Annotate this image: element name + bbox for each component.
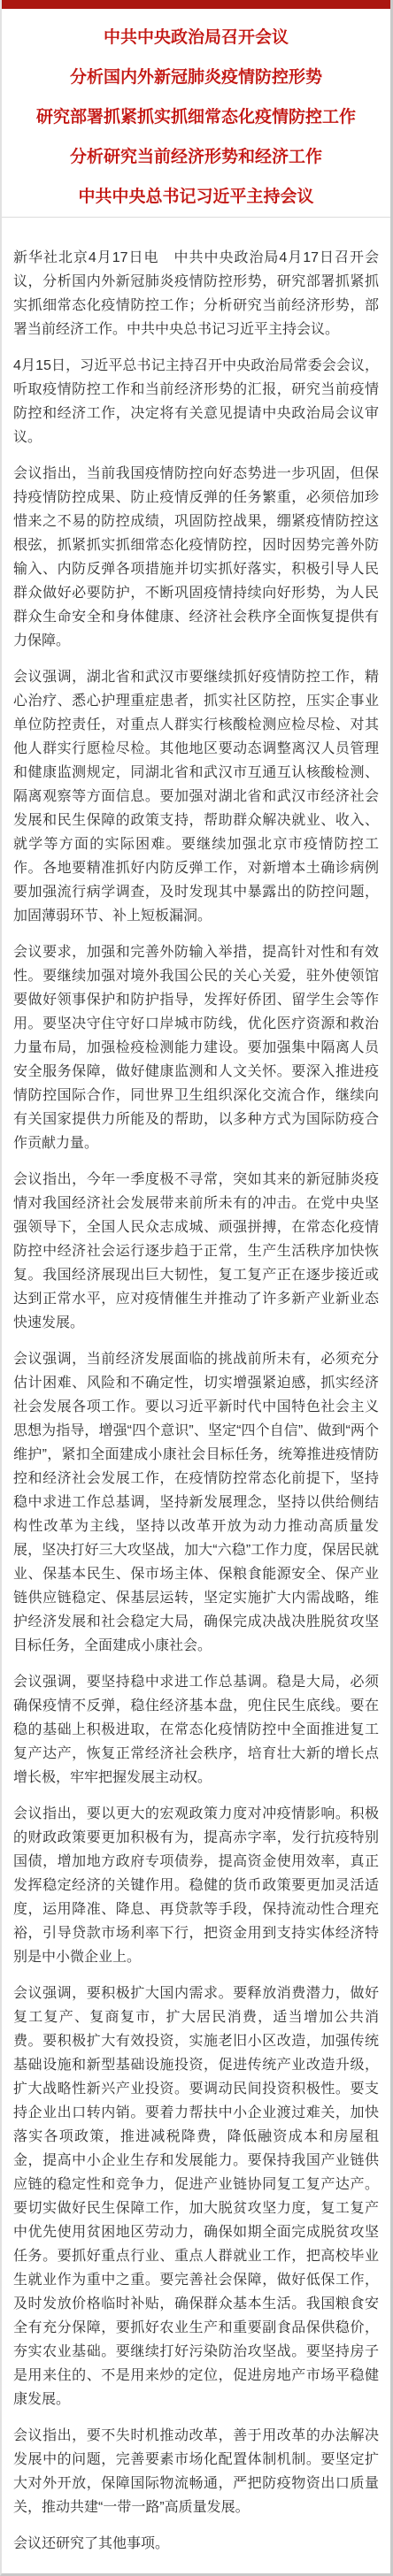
article-paragraph: 会议指出，今年一季度极不寻常，突如其来的新冠肺炎疫情对我国经济社会发展带来前所未… bbox=[13, 1168, 379, 1335]
headline-normalized-prevention: 研究部署抓紧抓实抓细常态化疫情防控工作 bbox=[14, 107, 378, 128]
article-page: 中共中央政治局召开会议 分析国内外新冠肺炎疫情防控形势 研究部署抓紧抓实抓细常态… bbox=[0, 0, 393, 2576]
article-paragraph: 会议强调，要坚持稳中求进工作总基调。稳是大局，必须确保疫情不反弹，稳住经济基本盘… bbox=[13, 1670, 379, 1790]
article-paragraph: 会议强调，湖北省和武汉市要继续抓好疫情防控工作，精心治疗、悉心护理重症患者，抓实… bbox=[13, 665, 379, 928]
article-paragraph: 会议要求，加强和完善外防输入举措，提高针对性和有效性。要继续加强对境外我国公民的… bbox=[13, 940, 379, 1155]
headline-economic-work: 分析研究当前经济形势和经济工作 bbox=[14, 147, 378, 168]
headline-epidemic-situation: 分析国内外新冠肺炎疫情防控形势 bbox=[14, 67, 378, 88]
article-paragraph: 新华社北京4月17日电 中共中央政治局4月17日召开会议，分析国内外新冠肺炎疫情… bbox=[13, 246, 379, 341]
article-paragraph: 会议强调，当前经济发展面临的挑战前所未有，必须充分估计困难、风险和不确定性，切实… bbox=[13, 1347, 379, 1658]
article-paragraph: 会议还研究了其他事项。 bbox=[13, 2532, 379, 2556]
article-paragraph: 会议指出，要以更大的宏观政策力度对冲疫情影响。积极的财政政策要更加积极有为，提高… bbox=[13, 1802, 379, 1969]
article-paragraph: 会议指出，当前我国疫情防控向好态势进一步巩固，但保持疫情防控成果、防止疫情反弹的… bbox=[13, 462, 379, 653]
headline-meeting-title: 中共中央政治局召开会议 bbox=[14, 27, 378, 49]
article-paragraph: 会议指出，要不失时机推动改革，善于用改革的办法解决发展中的问题，完善要素市场化配… bbox=[13, 2424, 379, 2519]
article-paragraph: 会议强调，要积极扩大国内需求。要释放消费潜力，做好复工复产、复商复市，扩大居民消… bbox=[13, 1982, 379, 2411]
article-paragraph: 4月15日，习近平总书记主持召开中央政治局常委会会议，听取疫情防控工作和当前经济… bbox=[13, 354, 379, 449]
article-body: 新华社北京4月17日电 中共中央政治局4月17日召开会议，分析国内外新冠肺炎疫情… bbox=[2, 218, 390, 2573]
top-accent-bar bbox=[2, 0, 390, 9]
headline-block: 中共中央政治局召开会议 分析国内外新冠肺炎疫情防控形势 研究部署抓紧抓实抓细常态… bbox=[2, 9, 390, 217]
headline-presided-by: 中共中央总书记习近平主持会议 bbox=[14, 187, 378, 208]
